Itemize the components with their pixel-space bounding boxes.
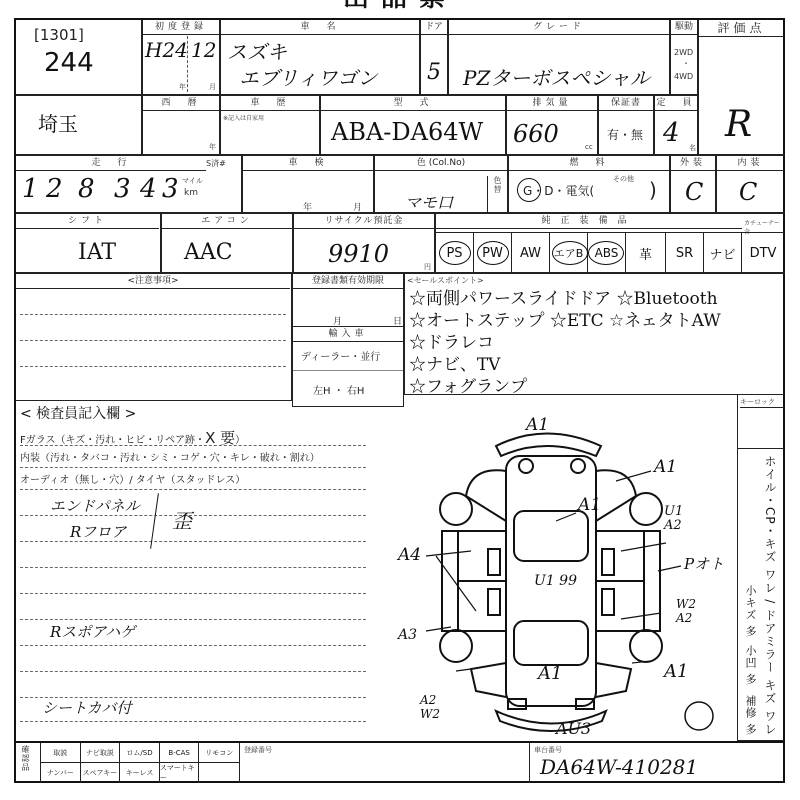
accessory-bcas: B-CAS (160, 743, 200, 762)
auction-sheet: [1301] 244 初度登録 H24 12 年 月 車 名 スズキ エブリィワ… (14, 18, 785, 783)
accessories-row: 確認品 取説 ナビ取説 ロム/SD B-CAS リモコン ナンバー スペアキー … (16, 741, 785, 783)
notes-header: <注意事項> (16, 274, 290, 289)
mileage-cell: 走 行 S済# 1 2 8 3 4 3 マイル km (16, 155, 242, 213)
mileage-digit-6: 3 (162, 174, 179, 204)
handle-options: 左H ・ 右H (313, 382, 364, 397)
drive-sep: ・ (682, 58, 690, 69)
exterior-value: C (685, 178, 703, 206)
drive-header: 駆動 (671, 20, 697, 35)
drive-4wd: 4WD (674, 72, 693, 81)
side-annotation-1: 小キズ 多 (742, 585, 758, 638)
mark-left-rear-door: A4 (398, 545, 421, 565)
mark-left-front-door: A3 (398, 627, 417, 643)
shift-value: IAT (78, 240, 116, 265)
registration-month: 12 (191, 38, 216, 62)
equipment-header: 純正装備品 (436, 214, 742, 229)
aircon-cell: エアコン AAC (161, 213, 293, 273)
chassis-number: DA64W-410281 (540, 755, 698, 779)
mark-front-bumper: AU3 (556, 719, 591, 738)
mark-rear-quarter: A1 (654, 457, 677, 477)
mileage-digit-2: 2 (46, 174, 63, 204)
fuel-options: G・D・電気( (523, 182, 594, 199)
capacity-value: 4 (663, 118, 680, 148)
doors-value: 5 (427, 60, 441, 85)
exterior-header: 外装 (671, 156, 715, 171)
color-cell: 色 (Col.No) マモ口 色替 (374, 155, 508, 213)
year-type-cell: 西 暦 年 (142, 95, 220, 155)
drive-cell: 駆動 2WD ・ 4WD (670, 20, 698, 95)
region: 埼玉 (38, 108, 78, 137)
note-r-floor: Rフロア (70, 521, 126, 542)
interior-cell: 内装 C (716, 155, 785, 213)
accessory-spare-key: スペアキー (81, 763, 121, 783)
aircon-header: エアコン (162, 214, 292, 229)
accessory-navi-manual: ナビ取説 (81, 743, 121, 762)
fuel-cell: 燃 料 G・D・電気( その他 ) (508, 155, 670, 213)
registration-docs-header: 登録書類有効期限 (293, 274, 403, 289)
chassis-cell: 車台番号 DA64W-410281 (529, 743, 785, 783)
interior-condition-line: 内装（汚れ・タバコ・汚れ・シミ・コゲ・穴・キレ・破れ・割れ） (20, 449, 320, 464)
doors-header: ドア (421, 20, 447, 35)
mileage-digit-5: 4 (140, 174, 157, 204)
lot-number: 244 (44, 48, 94, 78)
interior-value: C (739, 178, 757, 206)
sales-points-cell: <セールスポイント> ☆両側パワースライドドア ☆Bluetooth ☆オートス… (404, 273, 785, 395)
mark-hood: A1 (538, 663, 562, 684)
grade-header: グレード (449, 20, 669, 35)
reg-number-header: 登録番号 (244, 745, 272, 755)
mark-roof-rear: A1 (578, 495, 601, 515)
mark-left-front-fender: A2 W2 (420, 693, 446, 721)
accessory-remote: リモコン (199, 743, 239, 762)
region-cell: 埼玉 (16, 95, 142, 155)
model-code-header: 型 式 (321, 96, 505, 111)
mark-step: Pオト (684, 553, 724, 574)
displacement-cell: 排気量 660 cc (506, 95, 598, 155)
accessory-rom-sd: ロム/SD (120, 743, 160, 762)
note-end-panel: エンドパネル (50, 495, 140, 516)
accessory-manual: 取説 (41, 743, 81, 762)
car-diagram: A1 A1 A1 U1 A2 A4 Pオト U1 99 A3 W2 A2 A1 … (396, 401, 736, 741)
equipment-abs: ABS (588, 233, 626, 273)
side-annotation-2: 小凹 多 (742, 645, 758, 686)
recycle-header: リサイクル預託金 (294, 214, 434, 229)
audio-tire-line: オーディオ（無し・穴）/ タイヤ（スタッドレス） (20, 471, 245, 486)
chassis-header: 車台番号 (534, 745, 562, 755)
note-r-spoiler: Rスポアハゲ (50, 621, 135, 642)
first-registration-cell: 初度登録 H24 12 年 月 (142, 20, 220, 95)
interior-header: 内装 (717, 156, 784, 171)
equipment-sr: SR (666, 233, 704, 273)
sales-point-5: ☆フォグランプ (409, 372, 527, 397)
history-header: 車 歴 (221, 96, 319, 111)
accessory-number: ナンバー (41, 763, 81, 783)
equipment-dtv: DTV (742, 233, 784, 273)
accessory-keyless: キーレス (120, 763, 160, 783)
exterior-cell: 外装 C (670, 155, 716, 213)
lot-cell: [1301] 244 (16, 20, 142, 95)
capacity-header: 定 員 (655, 96, 697, 111)
score-header: 評価点 (699, 20, 784, 37)
warranty-value: 有・無 (607, 126, 643, 143)
equipment-cell: 純正装備品 カチューナー含 PS PW AW エアB ABS 革 SR ナビ D… (435, 213, 785, 273)
shaken-cell: 車 検 年 月 (242, 155, 374, 213)
right-legend-column: キーロック ホイル・CP・キズ ワレ / ドアミラー キズ ワレ 小キズ 多 小… (737, 395, 785, 741)
warranty-header: 保証書 (599, 96, 653, 111)
drive-2wd: 2WD (674, 48, 693, 57)
mileage-digit-1: 1 (22, 174, 39, 204)
model-code-value: ABA-DA64W (331, 118, 483, 146)
sheet-title: 出品票 (260, 0, 540, 10)
fuel-header: 燃 料 (509, 156, 669, 171)
car-name-cell: 車 名 スズキ エブリィワゴン (220, 20, 420, 95)
recycle-cell: リサイクル預託金 9910 円 (293, 213, 435, 273)
equipment-aw: AW (512, 233, 550, 273)
car-model: エブリィワゴン (239, 62, 377, 91)
note-distortion: 歪 (172, 505, 192, 534)
month-label: 月 (209, 82, 216, 92)
color-header: 色 (Col.No) (375, 156, 507, 171)
accessories-side-label: 確認品 (20, 745, 31, 783)
shift-cell: シフト IAT (16, 213, 161, 273)
import-options: ディーラー・並行 (301, 348, 380, 363)
import-header: 輸入車 (293, 326, 403, 342)
model-code-cell: 型 式 ABA-DA64W (320, 95, 506, 155)
mark-rear-bumper: A1 (526, 415, 549, 435)
history-cell: 車 歴 ※記入は自家用 (220, 95, 320, 155)
equipment-list: PS PW AW エアB ABS 革 SR ナビ DTV (436, 232, 784, 272)
equipment-leather: 革 (626, 233, 666, 273)
car-maker: スズキ (227, 36, 287, 65)
lot-code: [1301] (34, 26, 84, 44)
color-value: マモ口 (405, 190, 453, 213)
mileage-digit-3: 8 (78, 174, 95, 204)
side-legend: ホイル・CP・キズ ワレ / ドアミラー キズ ワレ (762, 455, 779, 736)
equipment-airbag: エアB (550, 233, 588, 273)
equipment-pw: PW (474, 233, 512, 273)
score-value: R (725, 104, 752, 145)
note-seat-cover: シートカバ付 (42, 697, 132, 718)
key-lock-box (738, 409, 784, 449)
grade-value: PZターボスペシャル (463, 62, 650, 91)
key-lock-header: キーロック (740, 397, 784, 408)
registration-era-year: H24 (145, 38, 188, 62)
mileage-digit-4: 3 (114, 174, 131, 204)
aircon-value: AAC (184, 240, 233, 265)
displacement-value: 660 (513, 120, 559, 148)
recycle-value: 9910 (328, 240, 389, 268)
accessory-smart-key: スマートキー (160, 763, 200, 783)
grade-cell: グレード PZターボスペシャル (448, 20, 670, 95)
shaken-header: 車 検 (243, 156, 373, 171)
side-annotation-3: 補修 多 (742, 695, 758, 736)
mark-roof: U1 99 (534, 573, 577, 589)
equipment-ps: PS (436, 233, 474, 273)
car-name-header: 車 名 (221, 20, 419, 35)
registration-docs-cell: 登録書類有効期限 月 日 輸入車 ディーラー・並行 左H ・ 右H (292, 273, 404, 407)
accessories-grid: 取説 ナビ取説 ロム/SD B-CAS リモコン ナンバー スペアキー キーレス… (40, 743, 240, 783)
mileage-header: 走 行 (16, 156, 206, 171)
equipment-navi: ナビ (704, 233, 742, 273)
score-cell: 評価点 R (698, 20, 785, 155)
mark-right-rear-door: U1 A2 (664, 505, 704, 533)
warranty-cell: 保証書 有・無 (598, 95, 654, 155)
year-type-header: 西 暦 (143, 96, 219, 111)
mark-right-front-fender: A1 (664, 661, 688, 682)
inspector-area: < 検査員記入欄 > Fガラス（キズ・汚れ・ヒビ・リペア跡・X 要） 内装（汚れ… (16, 401, 376, 741)
notes-cell: <注意事項> (16, 273, 292, 401)
doors-cell: ドア 5 (420, 20, 448, 95)
first-registration-header: 初度登録 (143, 20, 219, 35)
displacement-header: 排気量 (507, 96, 597, 111)
inspector-header: < 検査員記入欄 > (20, 403, 136, 423)
capacity-cell: 定 員 4 名 (654, 95, 698, 155)
year-label: 年 (179, 82, 186, 92)
mark-right-front-door: W2 A2 (676, 597, 706, 625)
shift-header: シフト (16, 214, 159, 229)
